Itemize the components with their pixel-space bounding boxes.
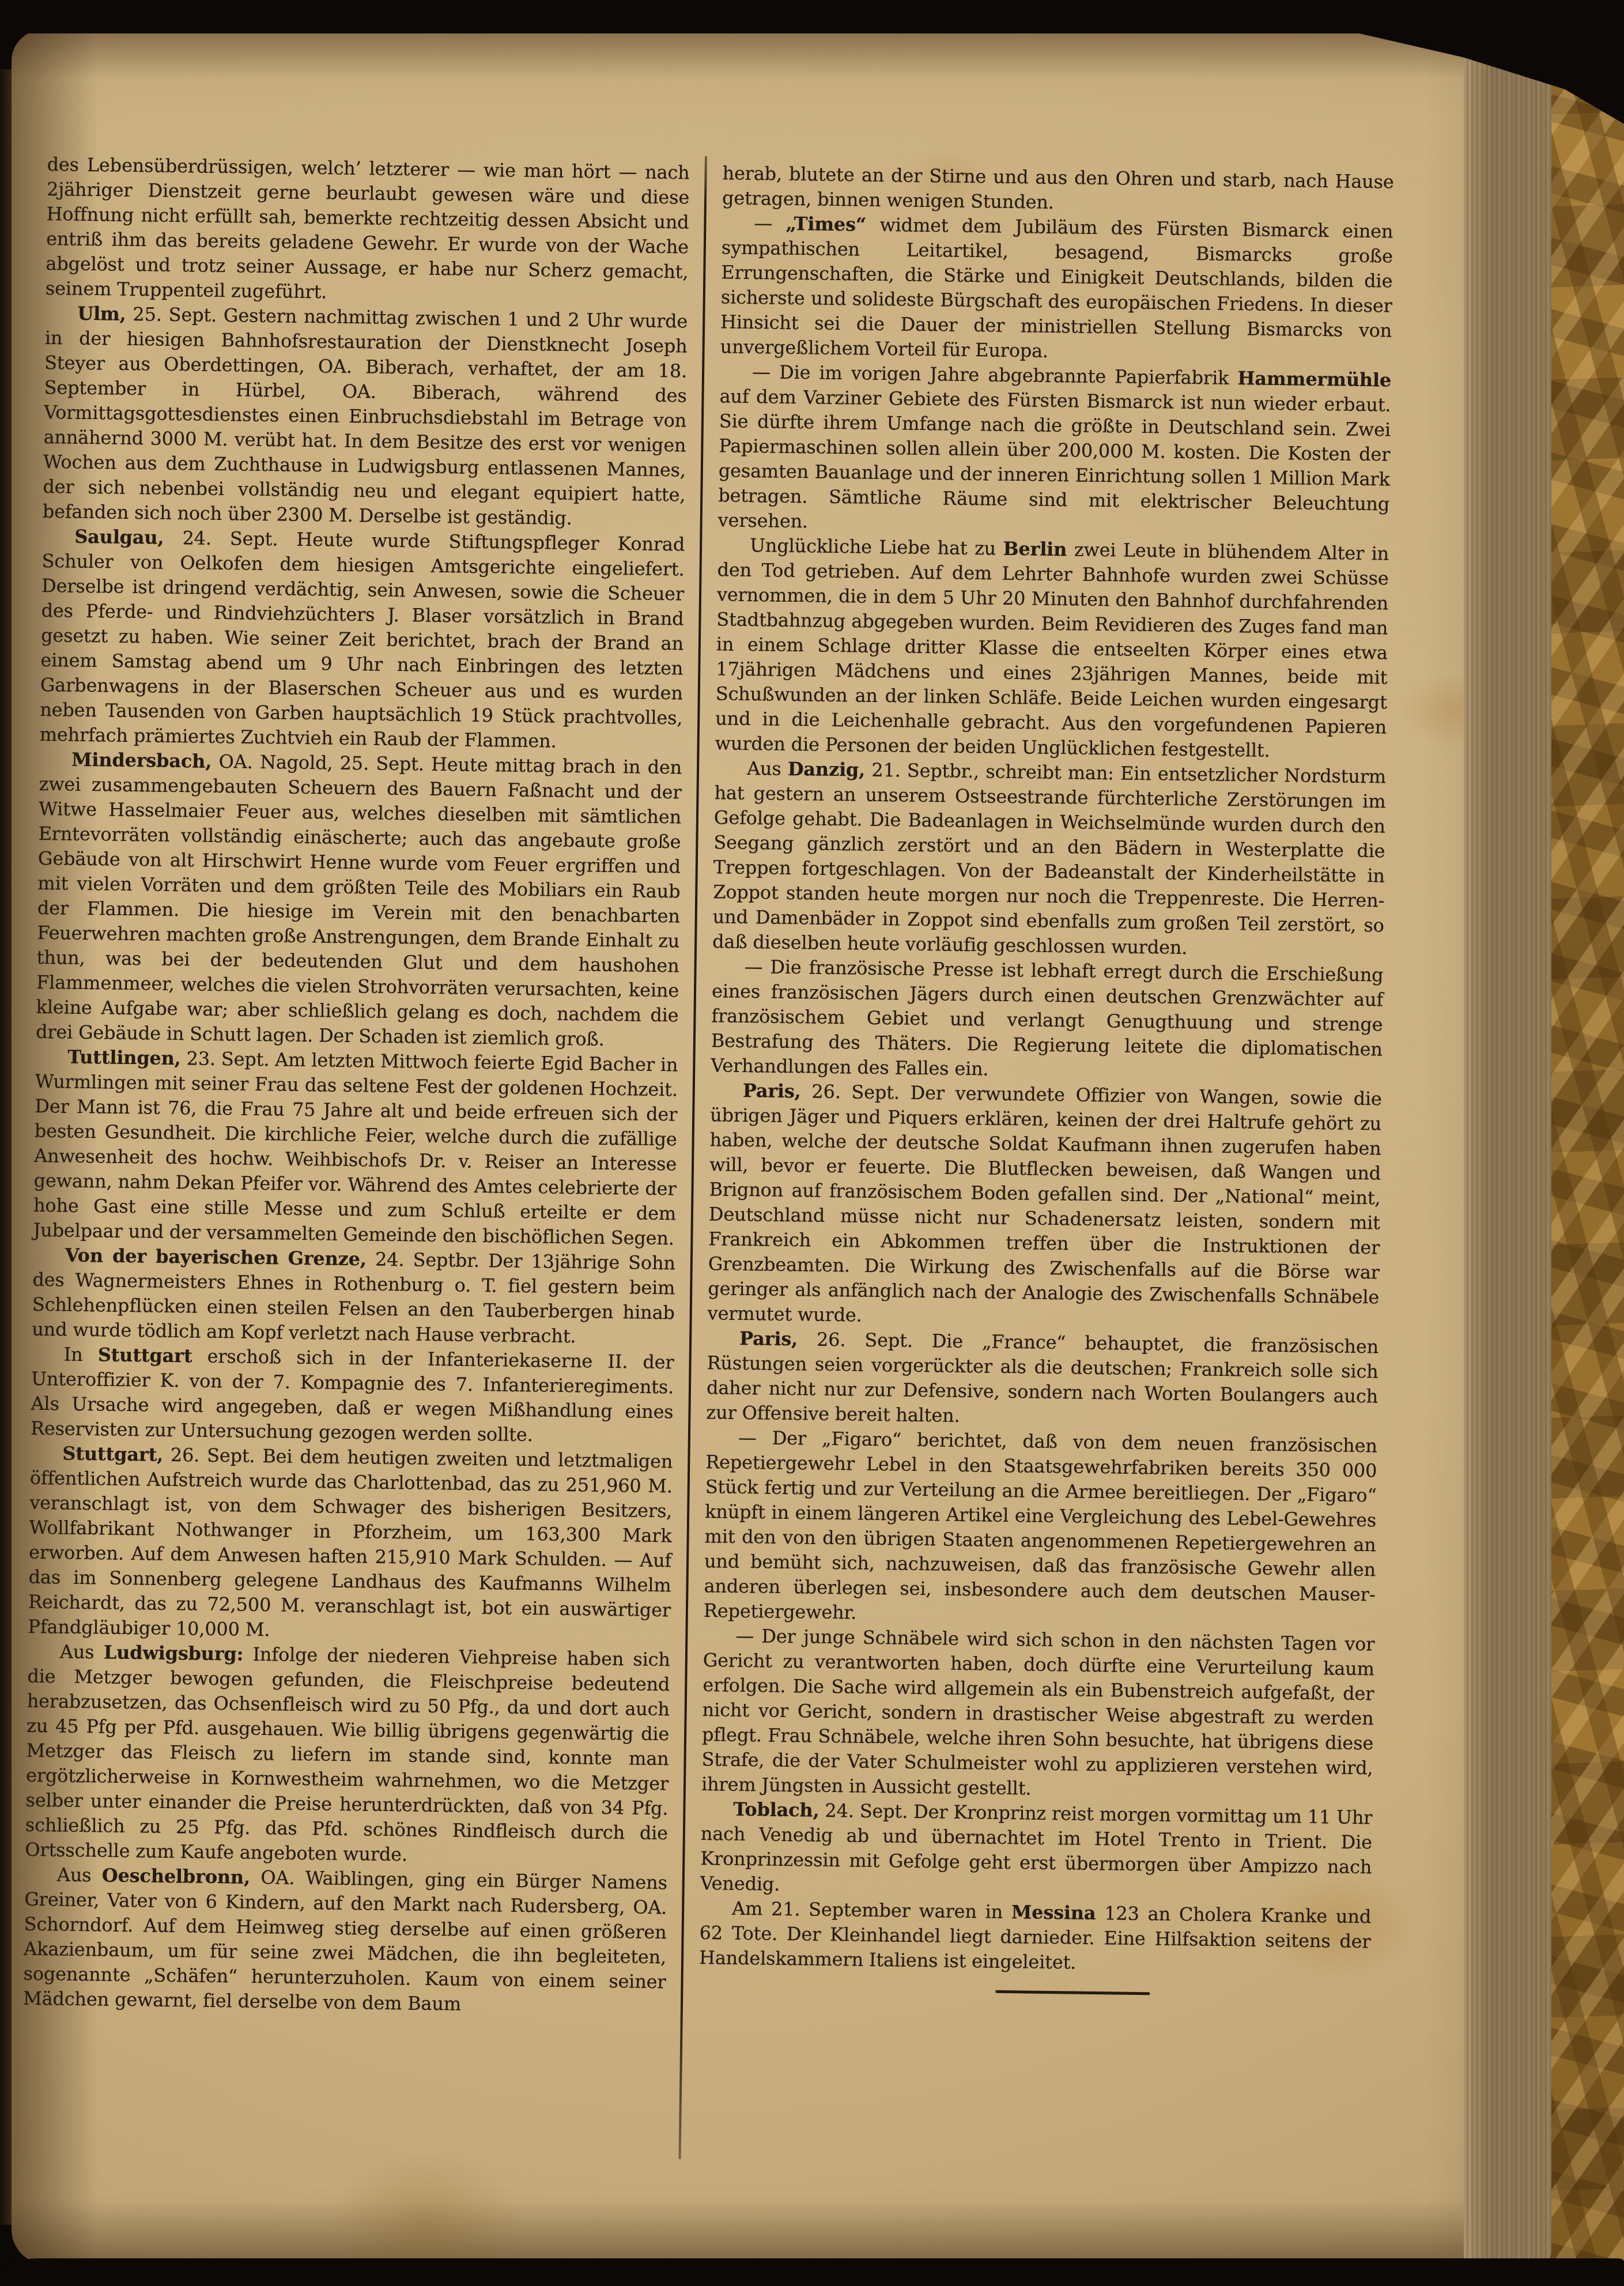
scan-background: des Lebensüberdrüssigen, welch’ letztere… [0,0,1624,2286]
dateline: Oeschelbronn, [102,1864,251,1888]
paragraph-text: 24. Sept. Heute wurde Stiftungspfleger K… [40,527,685,752]
article-paragraph: Saulgau, 24. Sept. Heute wurde Stiftungs… [39,524,685,756]
paragraph-text: auf dem Varziner Gebiete des Fürsten Bis… [717,385,1391,532]
article-paragraph: Am 21. September waren in Messina 123 an… [699,1896,1372,1979]
dateline: Mindersbach, [71,749,212,772]
dateline: Von der bayerischen Grenze, [65,1244,367,1270]
section-end-rule [995,1990,1150,1995]
page-block-edge [1464,30,1551,2264]
article-paragraph: — Die im vorigen Jahre abgebrannte Papie… [717,359,1391,541]
left-column: des Lebensüberdrüssigen, welch’ letztere… [23,152,690,2019]
lead-in-text: — Die im vorigen Jahre abgebrannte Papie… [752,361,1238,389]
article-paragraph: Paris, 26. Sept. Der verwundete Offizier… [707,1078,1382,1334]
dateline: Stuttgart [98,1344,192,1367]
article-paragraph: Aus Ludwigsburg: Infolge der niederen Vi… [25,1639,670,1871]
paragraph-text: — Der „Figaro“ berichtet, daß von dem ne… [704,1427,1377,1624]
lead-in-text: Unglückliche Liebe hat zu [750,534,1003,560]
dateline: Danzig, [788,758,866,781]
article-paragraph: Paris, 26. Sept. Die „France“ behauptet,… [706,1326,1378,1434]
paragraph-text: 26. Sept. Die „France“ behauptet, die fr… [706,1329,1378,1427]
newspaper-page: des Lebensüberdrüssigen, welch’ letztere… [12,30,1551,2264]
lead-in-text: — [754,212,786,235]
dateline: „Times“ [785,213,866,236]
article-paragraph: Von der bayerischen Grenze, 24. Septbr. … [32,1243,675,1351]
paragraph-text: — Der junge Schnäbele wird sich schon in… [701,1625,1375,1800]
paragraph-text: — Die französische Presse ist lebhaft er… [711,956,1384,1080]
dateline: Hammermühle [1237,367,1391,391]
paragraph-text: 26. Sept. Der verwundete Offizier von Wa… [707,1081,1381,1326]
article-paragraph: — „Times“ widmet dem Jubiläum des Fürste… [720,210,1393,368]
dateline: Paris, [743,1080,801,1102]
article-paragraph: Tuttlingen, 23. Sept. Am letzten Mittwoc… [33,1044,678,1251]
lead-in-text: Am 21. September waren in [732,1898,1011,1923]
article-paragraph: Aus Danzig, 21. Septbr., schreibt man: E… [712,756,1386,963]
paragraph-text: 21. Septbr., schreibt man: Ein entsetzli… [712,759,1386,959]
dateline: Ludwigsburg: [104,1642,244,1665]
article-paragraph: herab, blutete an der Stirne und aus den… [722,161,1394,219]
lead-in-text: Aus [747,757,788,780]
dateline: Paris, [739,1327,798,1350]
article-paragraph: Unglückliche Liebe hat zu Berlin zwei Le… [715,533,1389,764]
lead-in-text: Aus [60,1641,104,1663]
dateline: Messina [1011,1901,1096,1924]
dateline: Saulgau, [74,526,164,549]
lead-in-text: Aus [57,1863,102,1886]
dateline: Berlin [1003,538,1067,560]
scanner-bottom-edge [0,2258,1624,2286]
article-paragraph: Aus Oeschelbronn, OA. Waiblingen, ging e… [23,1862,667,2020]
paragraph-text: 25. Sept. Gestern nachmittag zwischen 1 … [43,303,688,529]
article-paragraph: Toblach, 24. Sept. Der Kronprinz reist m… [700,1797,1372,1904]
paragraph-text: zwei Leute in blühendem Alter in den Tod… [715,538,1389,761]
paragraph-text: Infolge der niederen Viehpreise haben si… [25,1643,670,1866]
dateline: Ulm, [77,303,126,325]
dateline: Toblach, [733,1798,819,1821]
paragraph-text: widmet dem Jubiläum des Fürsten Bismarck… [720,214,1393,362]
article-paragraph: Mindersbach, OA. Nagold, 25. Sept. Heute… [36,747,682,1053]
article-paragraph: Stuttgart, 26. Sept. Bei dem heutigen zw… [28,1441,673,1648]
dateline: Stuttgart, [62,1443,163,1466]
article-paragraph: Ulm, 25. Sept. Gestern nachmittag zwisch… [43,301,688,533]
dateline: Tuttlingen, [67,1046,181,1070]
paragraph-text: 23. Sept. Am letzten Mittwoch feierte Eg… [33,1047,678,1249]
paragraph-text: OA. Waiblingen, ging ein Bürger Namens G… [23,1866,667,2015]
text-block: des Lebensüberdrüssigen, welch’ letztere… [21,152,1402,2198]
lead-in-text: In [63,1344,98,1366]
paragraph-text: herab, blutete an der Stirne und aus den… [722,162,1394,213]
article-paragraph: In Stuttgart erschoß sich in der Infante… [31,1342,674,1450]
article-paragraph: des Lebensüberdrüssigen, welch’ letztere… [46,152,690,310]
paragraph-text: OA. Nagold, 25. Sept. Heute mittag brach… [36,750,682,1050]
paragraph-text: des Lebensüberdrüssigen, welch’ letztere… [46,153,690,303]
right-column: herab, blutete an der Stirne und aus den… [698,161,1393,1998]
article-paragraph: — Die französische Presse ist lebhaft er… [711,954,1384,1087]
paragraph-text: 26. Sept. Bei dem heutigen zweiten und l… [28,1444,673,1640]
article-paragraph: — Der junge Schnäbele wird sich schon in… [701,1623,1375,1805]
article-paragraph: — Der „Figaro“ berichtet, daß von dem ne… [704,1425,1377,1632]
